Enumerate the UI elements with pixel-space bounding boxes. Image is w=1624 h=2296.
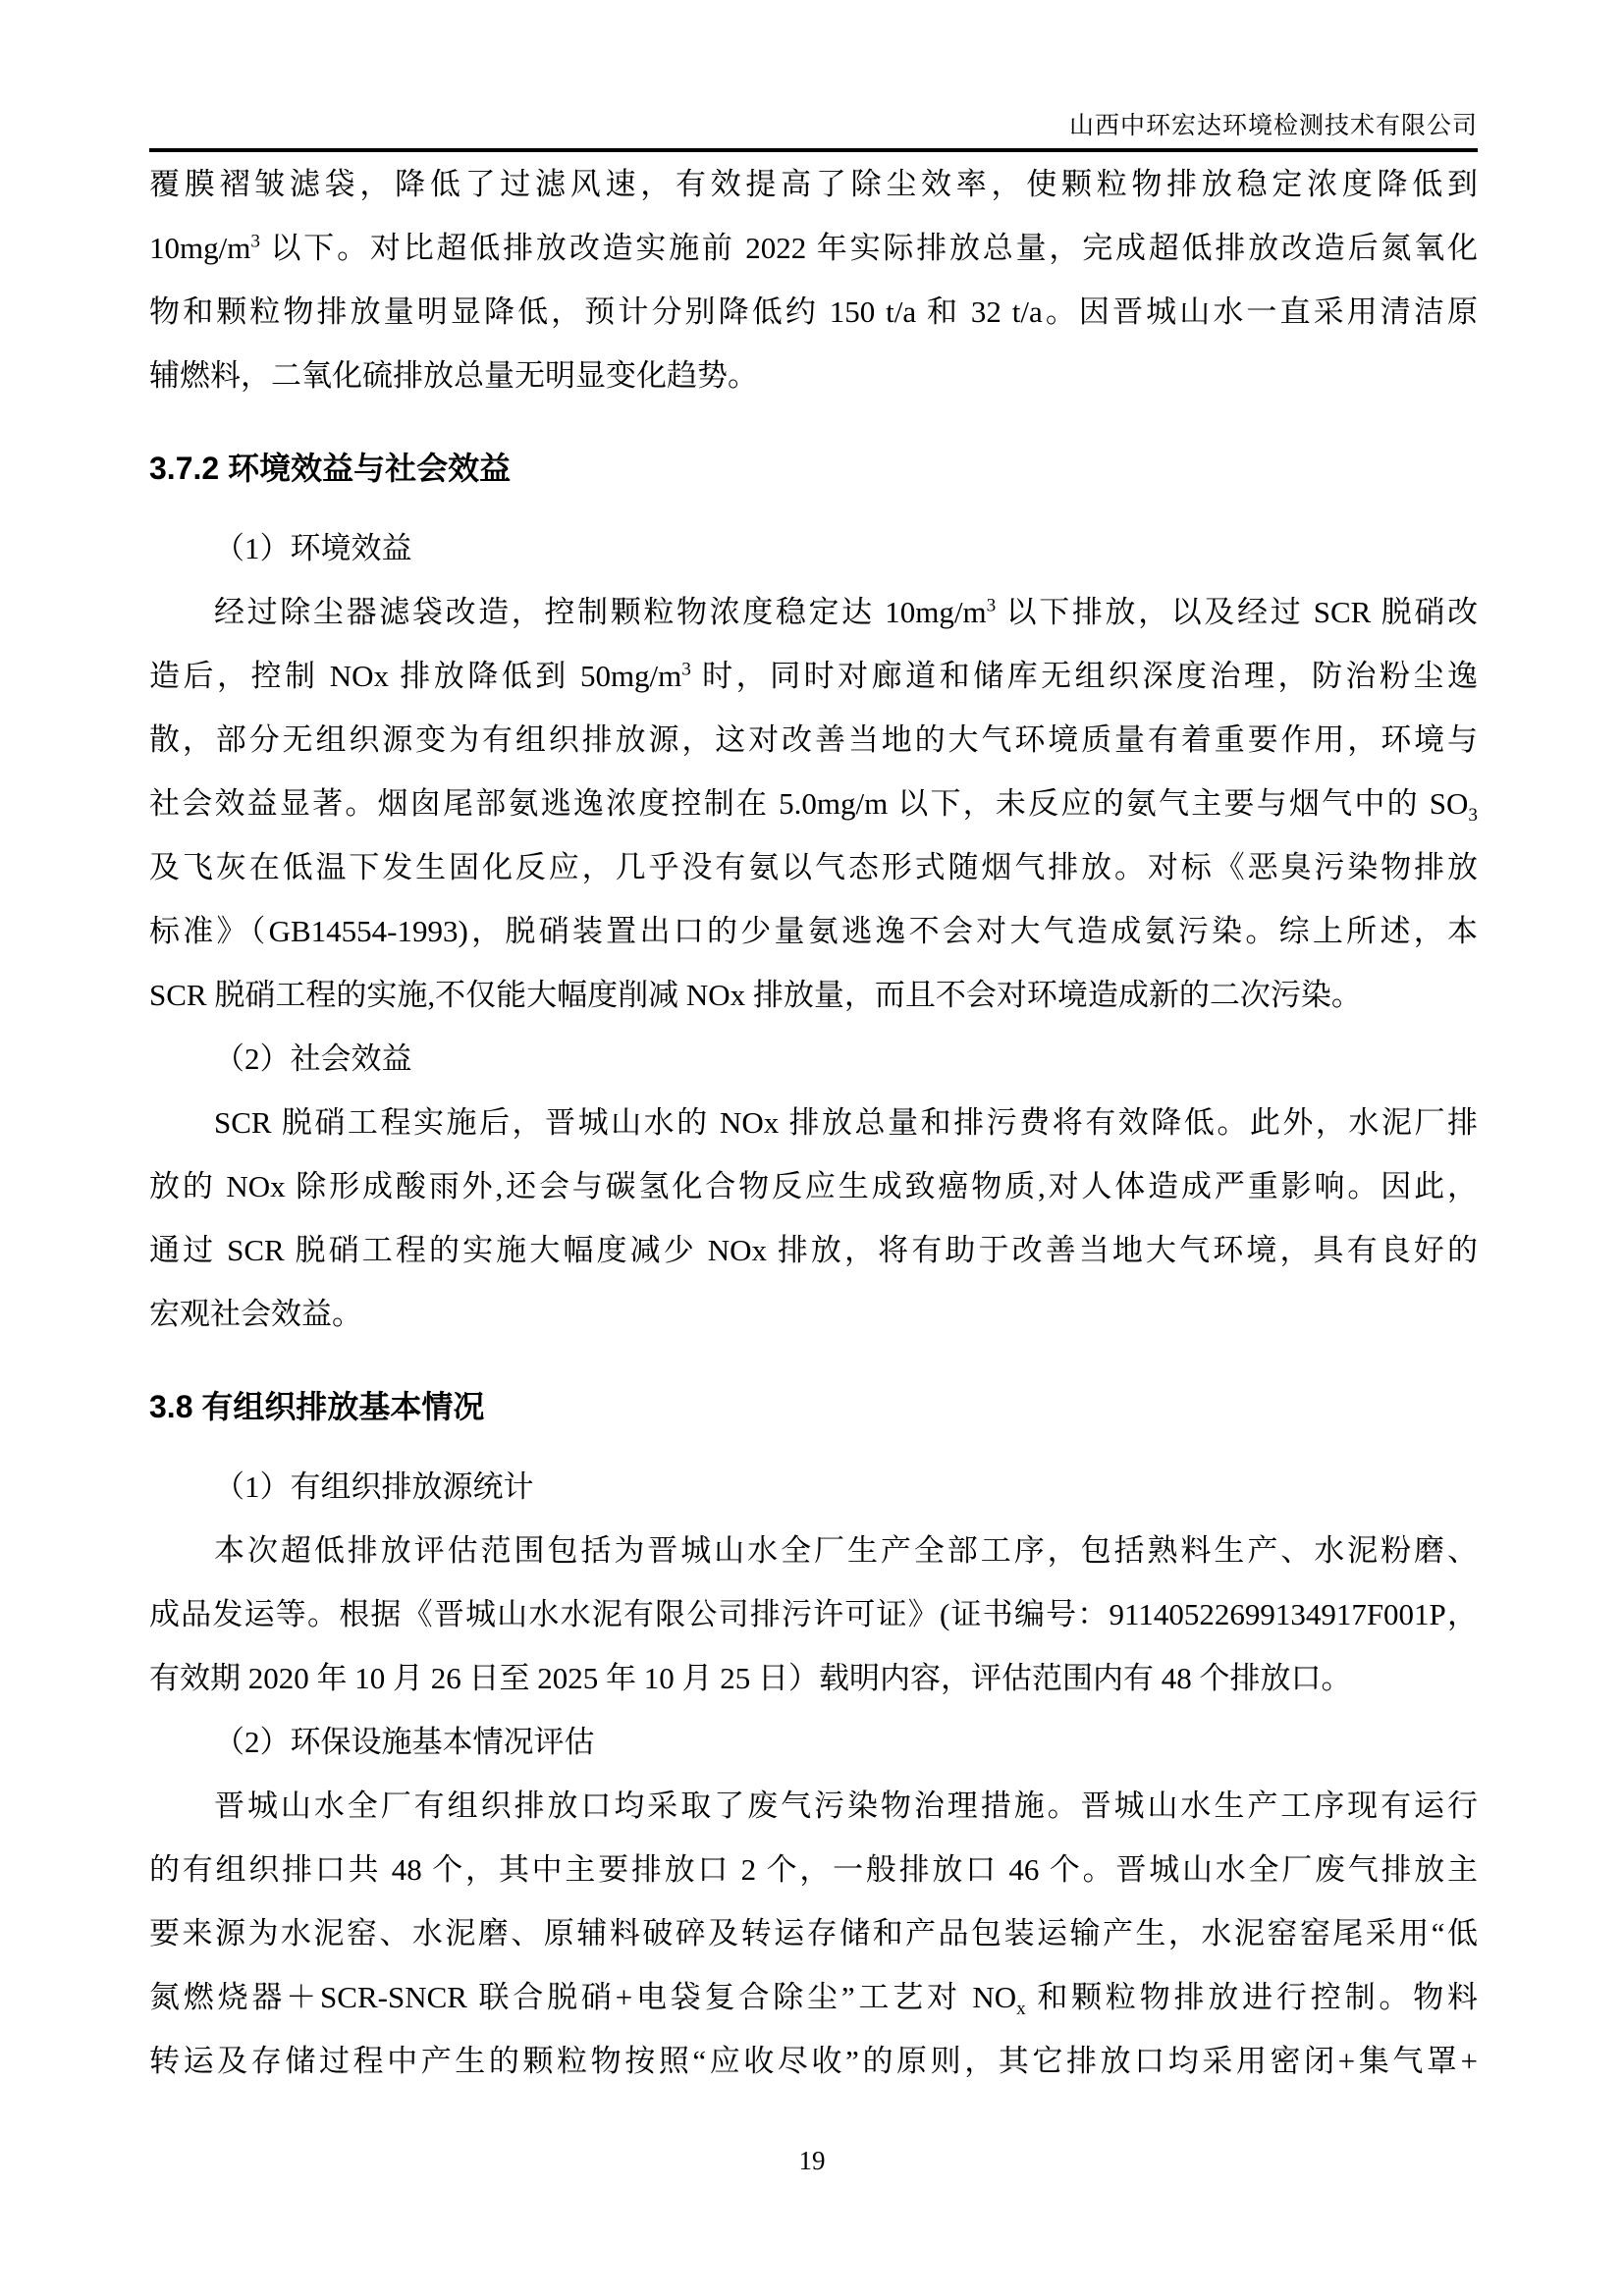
paragraph-stat-label: （1）有组织排放源统计: [149, 1455, 1478, 1519]
superscript: 3: [987, 596, 997, 616]
body-line: 及飞灰在低温下发生固化反应，几乎没有氨以气态形式随烟气排放。对标《恶臭污染物排放: [149, 835, 1478, 899]
body-line: 社会效益显著。烟囱尾部氨逃逸浓度控制在 5.0mg/m 以下，未反应的氨气主要与…: [149, 772, 1478, 835]
header-company-name: 山西中环宏达环境检测技术有限公司: [149, 0, 1478, 141]
body-line: 的有组织排口共 48 个，其中主要排放口 2 个，一般排放口 46 个。晋城山水…: [149, 1838, 1478, 1901]
body-line: 本次超低排放评估范围包括为晋城山水全厂生产全部工序，包括熟料生产、水泥粉磨、: [149, 1519, 1478, 1582]
body-line-text: 以下。对比超低排放改造实施前 2022 年实际排放总量，完成超低排放改造后氮氧化: [260, 231, 1478, 265]
body-line: 氮燃烧器＋SCR-SNCR 联合脱硝+电袋复合除尘”工艺对 NOx 和颗粒物排放…: [149, 1965, 1478, 2029]
body-line-text: 造后，控制 NOx 排放降低到 50mg/m: [149, 659, 681, 693]
body-line: （1）有组织排放源统计: [149, 1455, 1478, 1519]
superscript: 3: [250, 232, 260, 252]
body-line-text: 氮燃烧器＋SCR-SNCR 联合脱硝+电袋复合除尘”工艺对 NO: [149, 1980, 1016, 2014]
page-number: 19: [799, 2146, 826, 2175]
page-margin-box: 山西中环宏达环境检测技术有限公司 覆膜褶皱滤袋，降低了过滤风速，有效提高了除尘效…: [0, 0, 1624, 2093]
body-line: 成品发运等。根据《晋城山水水泥有限公司排污许可证》(证书编号：911405226…: [149, 1582, 1478, 1646]
subscript: x: [1016, 1999, 1026, 2019]
subscript: 3: [1468, 805, 1478, 826]
body-line: 覆膜褶皱滤袋，降低了过滤风速，有效提高了除尘效率，使颗粒物排放稳定浓度降低到: [149, 152, 1478, 216]
body-line: 通过 SCR 脱硝工程的实施大幅度减少 NOx 排放，将有助于改善当地大气环境，…: [149, 1218, 1478, 1282]
body-line-text: 以下排放，以及经过 SCR 脱硝改: [996, 595, 1478, 629]
body-line: 物和颗粒物排放量明显降低，预计分别降低约 150 t/a 和 32 t/a。因晋…: [149, 280, 1478, 344]
page-footer: 19: [0, 2146, 1624, 2176]
section-heading-3-8: 3.8 有组织排放基本情况: [149, 1375, 1478, 1439]
body-line: 宏观社会效益。: [149, 1282, 1478, 1346]
body-line: 有效期 2020 年 10 月 26 日至 2025 年 10 月 25 日）载…: [149, 1646, 1478, 1710]
paragraph-social-benefit-label: （2）社会效益: [149, 1027, 1478, 1091]
section-heading-3-7-2: 3.7.2 环境效益与社会效益: [149, 437, 1478, 501]
body-line: 标准》（GB14554-1993)，脱硝装置出口的少量氨逃逸不会对大气造成氨污染…: [149, 899, 1478, 963]
body-line: SCR 脱硝工程的实施,不仅能大幅度削减 NOx 排放量，而且不会对环境造成新的…: [149, 963, 1478, 1027]
body-line: 散，部分无组织源变为有组织排放源，这对改善当地的大气环境质量有着重要作用，环境与: [149, 708, 1478, 772]
body-line: （1）环境效益: [149, 516, 1478, 580]
paragraph-facility-label: （2）环保设施基本情况评估: [149, 1710, 1478, 1774]
body-line-text: 社会效益显著。烟囱尾部氨逃逸浓度控制在 5.0mg/m 以下，未反应的氨气主要与…: [149, 786, 1468, 821]
document-body: 覆膜褶皱滤袋，降低了过滤风速，有效提高了除尘效率，使颗粒物排放稳定浓度降低到 1…: [149, 152, 1478, 2093]
body-line-text: 时，同时对廊道和储库无组织深度治理，防治粉尘逸: [691, 659, 1478, 693]
body-line: 辅燃料，二氧化硫排放总量无明显变化趋势。: [149, 344, 1478, 407]
body-line: 造后，控制 NOx 排放降低到 50mg/m3 时，同时对廊道和储库无组织深度治…: [149, 644, 1478, 708]
document-page: 山西中环宏达环境检测技术有限公司 覆膜褶皱滤袋，降低了过滤风速，有效提高了除尘效…: [0, 0, 1624, 2296]
body-line-text: 10mg/m: [149, 231, 250, 265]
paragraph-env-benefit: 经过除尘器滤袋改造，控制颗粒物浓度稳定达 10mg/m3 以下排放，以及经过 S…: [149, 580, 1478, 1027]
paragraph-facility: 晋城山水全厂有组织排放口均采取了废气污染物治理措施。晋城山水生产工序现有运行 的…: [149, 1774, 1478, 2093]
paragraph-env-benefit-label: （1）环境效益: [149, 516, 1478, 580]
body-line: 要来源为水泥窑、水泥磨、原辅料破碎及转运存储和产品包装运输产生，水泥窑窑尾采用“…: [149, 1901, 1478, 1965]
superscript: 3: [681, 660, 691, 680]
body-line: SCR 脱硝工程实施后，晋城山水的 NOx 排放总量和排污费将有效降低。此外，水…: [149, 1091, 1478, 1154]
body-line-text: 经过除尘器滤袋改造，控制颗粒物浓度稳定达 10mg/m: [214, 595, 987, 629]
body-line: 放的 NOx 除形成酸雨外,还会与碳氢化合物反应生成致癌物质,对人体造成严重影响…: [149, 1154, 1478, 1218]
body-line-text: 和颗粒物排放进行控制。物料: [1026, 1980, 1478, 2014]
body-line: （2）社会效益: [149, 1027, 1478, 1091]
body-line: （2）环保设施基本情况评估: [149, 1710, 1478, 1774]
paragraph-social-benefit: SCR 脱硝工程实施后，晋城山水的 NOx 排放总量和排污费将有效降低。此外，水…: [149, 1091, 1478, 1346]
paragraph-stat: 本次超低排放评估范围包括为晋城山水全厂生产全部工序，包括熟料生产、水泥粉磨、 成…: [149, 1519, 1478, 1710]
body-line: 转运及存储过程中产生的颗粒物按照“应收尽收”的原则，其它排放口均采用密闭+集气罩…: [149, 2029, 1478, 2093]
body-line: 晋城山水全厂有组织排放口均采取了废气污染物治理措施。晋城山水生产工序现有运行: [149, 1774, 1478, 1838]
body-line: 经过除尘器滤袋改造，控制颗粒物浓度稳定达 10mg/m3 以下排放，以及经过 S…: [149, 580, 1478, 644]
paragraph-intro-continuation: 覆膜褶皱滤袋，降低了过滤风速，有效提高了除尘效率，使颗粒物排放稳定浓度降低到 1…: [149, 152, 1478, 407]
body-line: 10mg/m3 以下。对比超低排放改造实施前 2022 年实际排放总量，完成超低…: [149, 216, 1478, 280]
